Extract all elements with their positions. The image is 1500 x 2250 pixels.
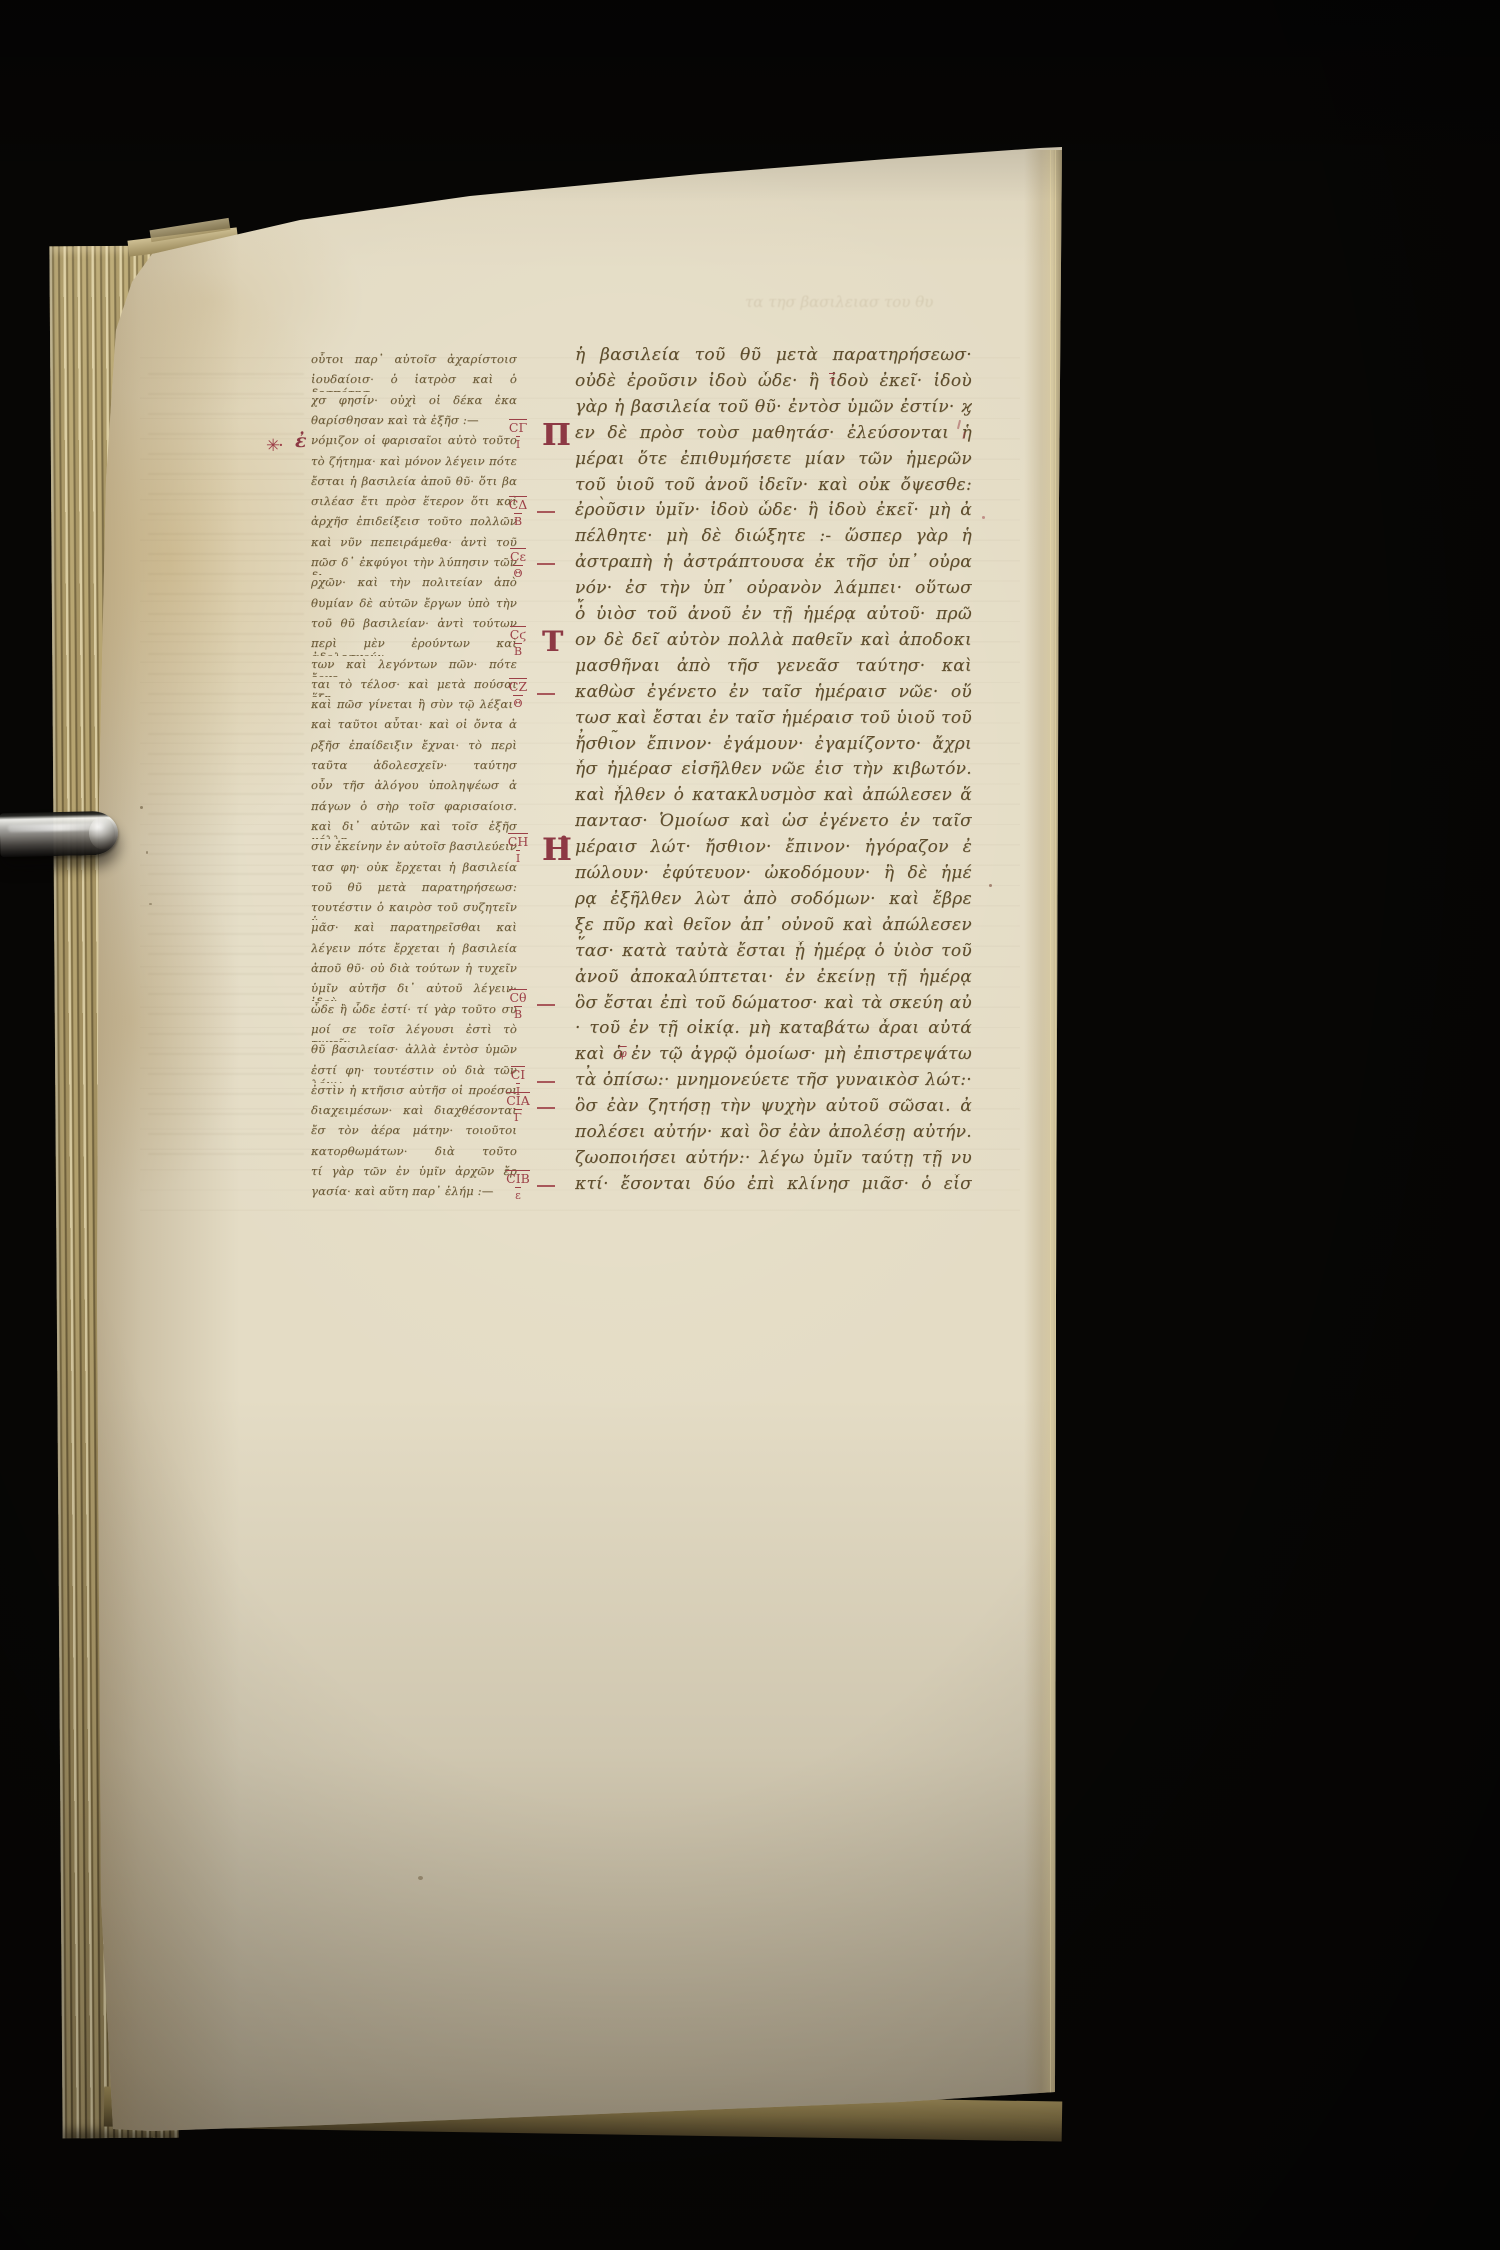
commentary-line: χσ φησίν· οὐχὶ οἱ δέκα ἐκα <box>311 393 517 413</box>
gospel-text-column: ἡ βασιλεία τοῦ θῦ μετὰ παρατηρήσεωσ·οὐδὲ… <box>575 345 972 1225</box>
commentary-line: ὑμῖν αὐτῆσ δι᾽ αὐτοῦ λέγειν· ἰδοὺ <box>311 981 517 1001</box>
rubric-paragraph-dash <box>537 1107 555 1109</box>
eusebian-canon-number: Β <box>503 1006 533 1021</box>
ammonian-section-number: ϹΓ <box>509 419 527 434</box>
commentary-line: διαχειμέσων· καὶ διαχθέσονται <box>311 1103 517 1123</box>
gospel-line: ὁ ὑιὸσ τοῦ ἀνοῦ ἐν τῇ ἡμέρᾳ αὐτοῦ· πρῶ <box>575 604 972 630</box>
rubric-initial-Π: Π <box>542 418 570 453</box>
ink-bleedthrough <box>148 360 304 1160</box>
commentary-line: ται τὸ τέλοσ· καὶ μετὰ πούσαι ἕξη <box>311 677 517 697</box>
gospel-line: ἡ βασιλεία τοῦ θῦ μετὰ παρατηρήσεωσ· <box>575 345 972 371</box>
ammonian-section-number: ϹΔ <box>509 496 528 511</box>
ammonian-section-number: ϹΗ <box>508 833 528 848</box>
eusebian-canon-number: Ι <box>503 436 533 451</box>
gospel-line: τὰ ὀπίσω:· μνημονεύετε τῆσ γυναικὸσ λώτ:… <box>575 1070 972 1096</box>
commentary-line: τοῦ θῦ μετὰ παρατηρήσεωσ: <box>311 880 517 900</box>
rubric-initial-Η̇: Η̇ <box>542 832 571 868</box>
commentary-line: σιν ἐκείνην ἐν αὑτοῖσ βασιλεύειν <box>311 839 517 859</box>
ammonian-section-number: ϹΙΒ <box>506 1170 530 1185</box>
gospel-line: γὰρ ἡ βασιλεία τοῦ θῦ· ἐντὸσ ὑμῶν ἐστίν·… <box>575 397 972 423</box>
commentary-line: καὶ πῶσ γίνεται ἢ σὺν τῷ λέξαι· <box>311 697 517 717</box>
commentary-line: θυμίαν δὲ αὐτῶν ἔργων ὑπὸ τὴν <box>311 596 517 616</box>
commentary-line: τοῦ θῦ βασιλείαν· ἀντὶ τούτων <box>311 616 517 636</box>
rubric-paragraph-dash <box>537 1081 555 1083</box>
rubric-paragraph-dash <box>537 511 555 513</box>
section-number-ϹΗ: ϹΗΙ <box>503 833 533 865</box>
eusebian-canon-number: Θ <box>503 695 533 710</box>
commentary-line: τὸ ζήτημα· καὶ μόνον λέγειν πότε <box>311 454 517 474</box>
gospel-line: πώλουν· ἐφύτευον· ὠκοδόμουν· ἢ δὲ ἡμέ <box>575 863 972 889</box>
commentary-line: πάγων ὁ σὴρ τοῖσ φαρισαίοισ. <box>311 799 517 819</box>
commentary-line: ταῦτα ἀδολεσχεῖν· ταύτησ <box>311 758 517 778</box>
section-number-Ϲϛ: ϹϛΒ <box>503 626 533 658</box>
gospel-line: ζωοποιήσει αὐτήν:· λέγω ὑμῖν ταύτῃ τῇ νυ <box>575 1148 972 1174</box>
commentary-column: ✳· ἐ οὗτοι παρ᾽ αὐτοῖσ ἀχαρίστοισἰουδαίο… <box>311 352 517 1212</box>
ammonian-section-number: ϹΖ <box>509 678 527 693</box>
commentary-line: περὶ μὲν ἐρούντων καὶ ἀδολεσχούν <box>311 636 517 656</box>
gospel-line: ον δὲ δεῖ αὐτὸν πολλὰ παθεῖν καὶ ἀποδοκι <box>575 630 972 656</box>
gospel-line: καὶ ἦλθεν ὁ κατακλυσμὸσ καὶ ἀπώλεσεν ἅ <box>575 785 972 811</box>
section-number-ϹΖ: ϹΖΘ <box>503 678 533 710</box>
ink-speck <box>149 903 152 905</box>
ink-speck <box>146 851 148 854</box>
gospel-line: οὐδὲ ἐροῦσιν ἰδοὺ ὧδε· ἢ ἰδοὺ ἐκεῖ· ἰδοὺ <box>575 371 972 397</box>
gospel-line: πολέσει αὐτήν· καὶ ὃσ ἐὰν ἀπολέσῃ αὐτήν. <box>575 1122 972 1148</box>
gospel-line: μασθῆναι ἀπὸ τῆσ γενεᾶσ ταύτησ· καὶ <box>575 656 972 682</box>
gospel-line: παντασ· Ὁμοίωσ καὶ ὡσ ἐγένετο ἐν ταῖσ <box>575 811 972 837</box>
commentary-line: ἀρχῆσ ἐπιδείξεισ τοῦτο πολλῶν <box>311 514 517 534</box>
commentary-line: ἐστὶν ἡ κτῆσισ αὐτῆσ οἱ προέσοι <box>311 1083 517 1103</box>
eusebian-canon-number: Γ <box>503 1109 533 1124</box>
gospel-line: μέραι ὅτε ἐπιθυμήσετε μίαν τῶν ἡμερῶν <box>575 449 972 475</box>
gospel-line: ἧσ ἡμέρασ εἰσῆλθεν νῶε ἐισ τὴν κιβωτόν. <box>575 759 972 785</box>
commentary-line: ρξῆσ ἐπαίδειξιν ἔχναι· τὸ περὶ <box>311 738 517 758</box>
commentary-line: οὗτοι παρ᾽ αὐτοῖσ ἀχαρίστοισ <box>311 352 517 372</box>
commentary-line: τί γὰρ τῶν ἐν ὑμῖν ἀρχῶν ἔρ <box>311 1164 517 1184</box>
commentary-line: λέγειν πότε ἔρχεται ἡ βασιλεία <box>311 941 517 961</box>
eusebian-canon-number: Ι <box>503 850 533 865</box>
commentary-line: καὶ ταῦτοι αὗται· καὶ οἱ ὄντα ἀ <box>311 717 517 737</box>
commentary-line: οὖν τῆσ ἀλόγου ὑποληψέωσ ἀ <box>311 778 517 798</box>
commentary-line: καὶ νῦν πεπειράμεθα· ἀντὶ τοῦ <box>311 535 517 555</box>
commentary-line: τασ φη· οὐκ ἔρχεται ἡ βασιλεία <box>311 860 517 880</box>
gospel-line: τοῦ ὑιοῦ τοῦ ἀνοῦ ἰδεῖν· καὶ οὐκ ὄψεσθε:… <box>575 475 972 501</box>
bleedthrough-ghost-text: τα τησ βασιλειασ του θυ <box>745 293 985 311</box>
gospel-line: ἀνοῦ ἀποκαλύπτεται· ἐν ἐκείνῃ τῇ ἡμέρᾳ <box>575 967 972 993</box>
gospel-line: ἤσθιον ἔπινον· ἐγάμουν· ἐγαμίζοντο· ἄχρι <box>575 734 972 760</box>
eusebian-canon-number: Β <box>503 643 533 658</box>
section-number-ϹΙΑ: ϹΙΑΓ <box>503 1092 533 1124</box>
gospel-line: εν δὲ πρὸσ τοὺσ μαθητάσ· ἐλεύσονται ἡ <box>575 423 972 449</box>
fore-edge-shading <box>1024 150 1062 2095</box>
ink-speck <box>140 806 143 809</box>
margin-tick <box>982 516 985 519</box>
commentary-line: ἰουδαίοισ· ὁ ἰατρὸσ καὶ ὁ δεσπότησ <box>311 372 517 392</box>
rubric-paragraph-dash <box>537 693 555 695</box>
section-number-ϹΓ: ϹΓΙ <box>503 419 533 451</box>
gospel-line: ἀστραπὴ ἡ ἀστράπτουσα ἐκ τῆσ ὑπ᾽ οὐρα <box>575 552 972 578</box>
section-number-ϹΙΒ: ϹΙΒε <box>503 1170 533 1202</box>
gospel-line: νόν· ἐσ τὴν ὑπ᾽ οὐρανὸν λάμπει· οὕτωσ ἔσ… <box>575 578 972 604</box>
rubric-paragraph-dash <box>537 563 555 565</box>
commentary-line: μοί σε τοῖσ λέγουσι ἐστὶ τὸ τυχεῖν <box>311 1022 517 1042</box>
gospel-line: καθὼσ ἐγένετο ἐν ταῖσ ἡμέραισ νῶε· οὕ <box>575 682 972 708</box>
commentary-line: ρχῶν· καὶ τὴν πολιτείαν ἀπὸ <box>311 575 517 595</box>
commentary-line: των καὶ λεγόντων πῶν· πότε ἔρχε <box>311 657 517 677</box>
section-number-Ϲε: ϹεΘ <box>503 548 533 580</box>
gospel-line: · τοῦ ἐν τῇ οἰκίᾳ. μὴ καταβάτω ἆραι αὐτά <box>575 1018 972 1044</box>
rubric-initial-epsilon: ἐ <box>295 430 307 452</box>
commentary-line: θαρίσθησαν καὶ τὰ ἑξῆσ :— <box>311 413 517 433</box>
ammonian-section-number: Ϲϛ <box>510 626 527 641</box>
commentary-line: ἔσται ἡ βασιλεία ἀποῦ θῦ· ὅτι βα <box>311 474 517 494</box>
eusebian-canon-number: ε <box>503 1187 533 1202</box>
section-number-Ϲθ: ϹθΒ <box>503 989 533 1021</box>
ammonian-section-number: ϹΙΑ <box>506 1092 530 1107</box>
commentary-line: τουτέστιν ὁ καιρὸσ τοῦ συζητεῖν ὑ <box>311 900 517 920</box>
gospel-line: ὃσ ἔσται ἐπὶ τοῦ δώματοσ· καὶ τὰ σκεύη α… <box>575 993 972 1019</box>
gospel-line: ὃσ ἐὰν ζητήσῃ τὴν ψυχὴν αὐτοῦ σῶσαι. ἀ <box>575 1096 972 1122</box>
commentary-line: κατορθωμάτων· διὰ τοῦτο <box>311 1144 517 1164</box>
commentary-line: καὶ δι᾽ αὐτῶν καὶ τοῖσ ἑξῆσ μέλλη <box>311 819 517 839</box>
gospel-line: καὶ ὁ ἐν τῷ ἀγρῷ ὁμοίωσ· μὴ ἐπιστρεψάτω … <box>575 1044 972 1070</box>
ammonian-section-number: ϹΙ <box>511 1066 526 1081</box>
commentary-line: ἔσ τὸν ἀέρα μάτην· τοιοῦτοι <box>311 1123 517 1143</box>
section-number-ϹΔ: ϹΔΒ <box>503 496 533 528</box>
commentary-line: πῶσ δ᾽ ἐκφύγοι τὴν λύπησιν τῶν δι <box>311 555 517 575</box>
manuscript-page: τα τησ βασιλειασ του θυ ✳· ἐ οὗτοι παρ᾽ … <box>0 0 1500 2250</box>
ammonian-section-number: Ϲε <box>510 548 526 563</box>
rubric-paragraph-dash <box>537 1185 555 1187</box>
gospel-line: ξε πῦρ καὶ θεῖον ἀπ᾽ οὐνοῦ καὶ ἀπώλεσεν … <box>575 915 972 941</box>
commentary-line: γασία· καὶ αὕτη παρ᾽ ἑλήμ :— <box>311 1184 517 1204</box>
gospel-line: τασ· κατὰ ταὐτὰ ἔσται ᾗ ἡμέρᾳ ὁ ὑιὸσ τοῦ <box>575 941 972 967</box>
stain-speck <box>418 1876 423 1880</box>
commentary-line: ὧδε ἢ ὧδε ἐστί· τί γὰρ τοῦτο συ <box>311 1002 517 1022</box>
eusebian-canon-number: Β <box>503 513 533 528</box>
commentary-line: θῦ βασιλείασ· ἀλλὰ ἐντὸσ ὑμῶν <box>311 1042 517 1062</box>
commentary-line: ἐστί φη· τουτέστιν οὐ διὰ τῶν λόγω <box>311 1063 517 1083</box>
commentary-line: μᾶσ· καὶ παρατηρεῖσθαι καὶ <box>311 920 517 940</box>
commentary-line: ἀποῦ θῦ· οὐ διὰ τούτων ἡ τυχεῖν <box>311 961 517 981</box>
glass-page-weight <box>0 811 118 857</box>
rod-tip <box>89 817 116 850</box>
gospel-line: κτί· ἔσονται δύο ἐπὶ κλίνησ μιᾶσ· ὁ εἷσ … <box>575 1174 972 1200</box>
rubric-initial-Τ: Τ <box>542 625 563 658</box>
gospel-line: πέλθητε· μὴ δὲ διώξητε :- ὥσπερ γὰρ ἡ <box>575 526 972 552</box>
gospel-line: ρᾳ ἐξῆλθεν λὼτ ἀπὸ σοδόμων· καὶ ἔβρε <box>575 889 972 915</box>
rubric-supralinear-mark: τ <box>829 374 835 387</box>
commentary-line: νόμιζον οἱ φαρισαῖοι αὐτὸ τοῦτο <box>311 433 517 453</box>
rubric-supralinear-mark: φ <box>619 1047 627 1060</box>
gospel-line: ἐροῦσιν ὑμῖν· ἰδοὺ ὧδε· ἢ ἰδοὺ ἐκεῖ· μὴ … <box>575 500 972 526</box>
ammonian-section-number: Ϲθ <box>509 989 526 1004</box>
manuscript-photograph: τα τησ βασιλειασ του θυ ✳· ἐ οὗτοι παρ᾽ … <box>0 0 1500 2250</box>
ink-speck <box>989 884 992 887</box>
eusebian-canon-number: Θ <box>503 565 533 580</box>
rubric-asterisk-icon: ✳· <box>266 436 282 456</box>
gospel-line: μέραισ λώτ· ἤσθιον· ἔπινον· ἠγόραζον ἐ <box>575 837 972 863</box>
commentary-line: σιλέασ ἔτι πρὸσ ἕτερον ὅτι καὶ <box>311 494 517 514</box>
gospel-line: τωσ καὶ ἔσται ἐν ταῖσ ἡμέραισ τοῦ ὑιοῦ τ… <box>575 708 972 734</box>
rubric-paragraph-dash <box>537 1004 555 1006</box>
